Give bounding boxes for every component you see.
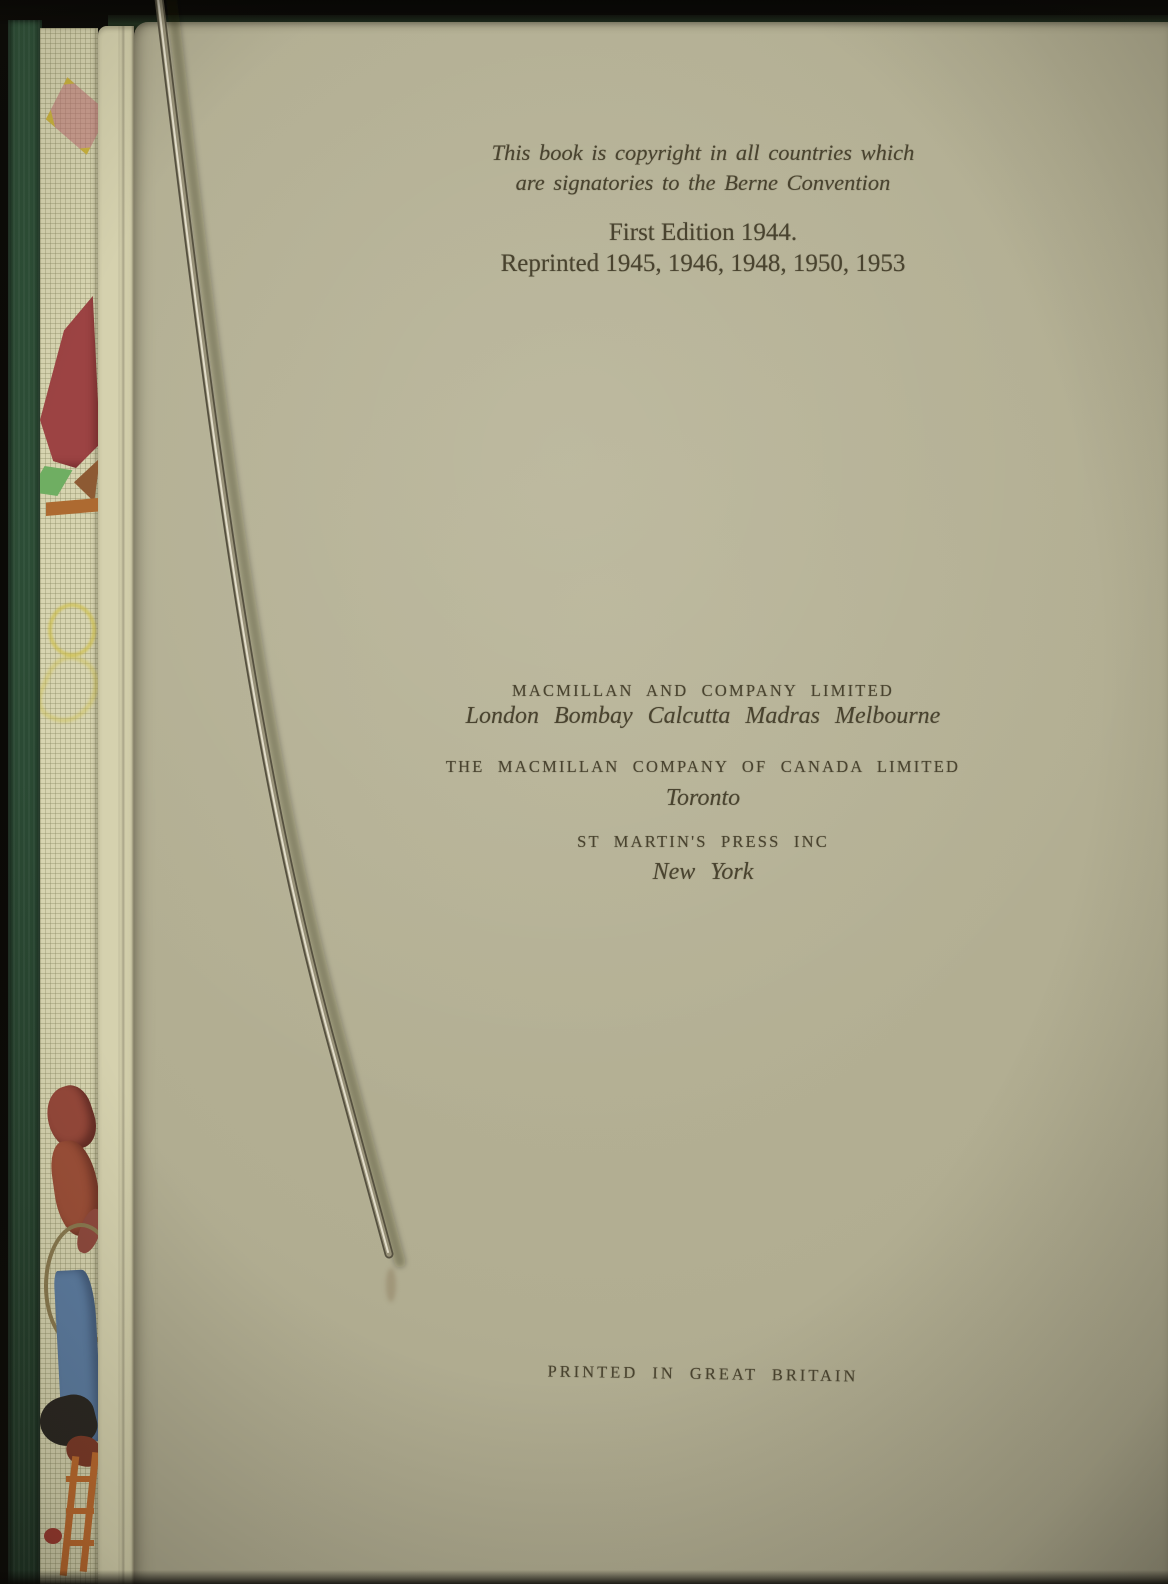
publisher-name-macmillan-london: MACMILLAN AND COMPANY LIMITED [238, 681, 1168, 701]
copyright-notice-line-2: are signatories to the Berne Convention [238, 168, 1168, 198]
endpaper-orange-bar [46, 498, 98, 516]
book-photograph: This book is copyright in all countries … [0, 0, 1168, 1584]
reprint-line: Reprinted 1945, 1946, 1948, 1950, 1953 [238, 248, 1168, 279]
endpaper-kite-figure [40, 74, 98, 158]
illustrated-endpaper [40, 28, 98, 1584]
endpaper-ladder-rung [66, 1476, 94, 1482]
publisher-locations-macmillan-canada: Toronto [238, 785, 1168, 812]
endpaper-red-dot [44, 1528, 62, 1544]
page-fore-edge [98, 26, 134, 1584]
endpaper-red-cape-figure [40, 296, 98, 468]
endpaper-green-leaf [40, 466, 72, 496]
publisher-name-macmillan-canada: THE MACMILLAN COMPANY OF CANADA LIMITED [238, 757, 1168, 777]
publisher-locations-macmillan-london: London Bombay Calcutta Madras Melbourne [238, 703, 1168, 730]
endpaper-yellow-scribble [40, 648, 98, 732]
endpaper-yellow-scribble [48, 603, 96, 657]
endpaper-ladder-rung [66, 1508, 94, 1514]
endpaper-ladder-rail [60, 1456, 80, 1576]
publisher-locations-st-martins: New York [238, 859, 1168, 886]
endpaper-ladder-rung [66, 1540, 94, 1546]
publisher-name-st-martins: ST MARTIN'S PRESS INC [238, 832, 1168, 852]
edition-line: First Edition 1944. [238, 217, 1168, 248]
copyright-notice-line-1: This book is copyright in all countries … [238, 138, 1168, 168]
book-spine-cloth [8, 20, 42, 1584]
